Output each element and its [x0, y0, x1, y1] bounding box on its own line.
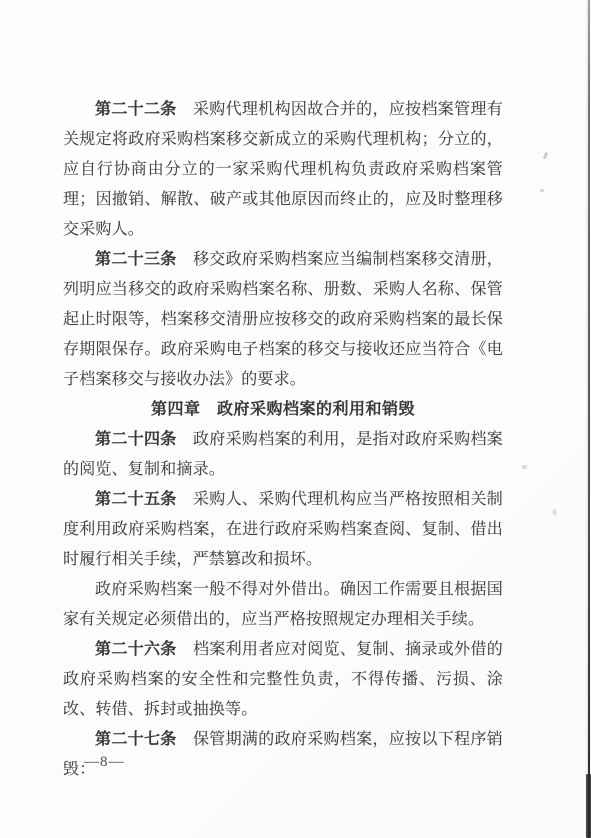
article-number: 第二十五条: [95, 491, 177, 508]
scan-edge-shadow-bottom: [586, 774, 591, 838]
article-number: 第二十二条: [95, 101, 177, 118]
scan-speck: [540, 189, 544, 192]
paragraph: 第二十七条 保管期满的政府采购档案，应按以下程序销毁：: [63, 725, 503, 785]
paragraph: 政府采购档案一般不得对外借出。确因工作需要且根据国家有关规定必须借出的，应当严格…: [63, 575, 503, 635]
scan-speck: [553, 509, 557, 515]
chapter-heading: 第四章 政府采购档案的利用和销毁: [63, 395, 503, 425]
paragraph: 第二十四条 政府采购档案的利用，是指对政府采购档案的阅览、复制和摘录。: [63, 425, 503, 485]
article-number: 第二十七条: [95, 731, 177, 748]
article-number: 第二十六条: [95, 641, 177, 658]
article-number: 第二十三条: [95, 251, 177, 268]
paragraph: 第二十二条 采购代理机构因故合并的，应按档案管理有关规定将政府采购档案移交新成立…: [63, 95, 503, 245]
scan-edge-shadow: [588, 0, 590, 838]
scanned-document-page: 第二十二条 采购代理机构因故合并的，应按档案管理有关规定将政府采购档案移交新成立…: [0, 0, 591, 838]
paragraph: 第二十六条 档案利用者应对阅览、复制、摘录或外借的政府采购档案的安全性和完整性负…: [63, 635, 503, 725]
scan-speck: [543, 152, 548, 160]
article-number: 第二十四条: [95, 431, 177, 448]
paragraph: 第二十五条 采购人、采购代理机构应当严格按照相关制度利用政府采购档案，在进行政府…: [63, 485, 503, 575]
document-body: 第二十二条 采购代理机构因故合并的，应按档案管理有关规定将政府采购档案移交新成立…: [63, 95, 503, 785]
scan-speck: [522, 465, 527, 469]
scan-speck: [300, 443, 304, 446]
paragraph: 第二十三条 移交政府采购档案应当编制档案移交清册，列明应当移交的政府采购档案名称…: [63, 245, 503, 395]
page-number: —8—: [84, 754, 125, 771]
